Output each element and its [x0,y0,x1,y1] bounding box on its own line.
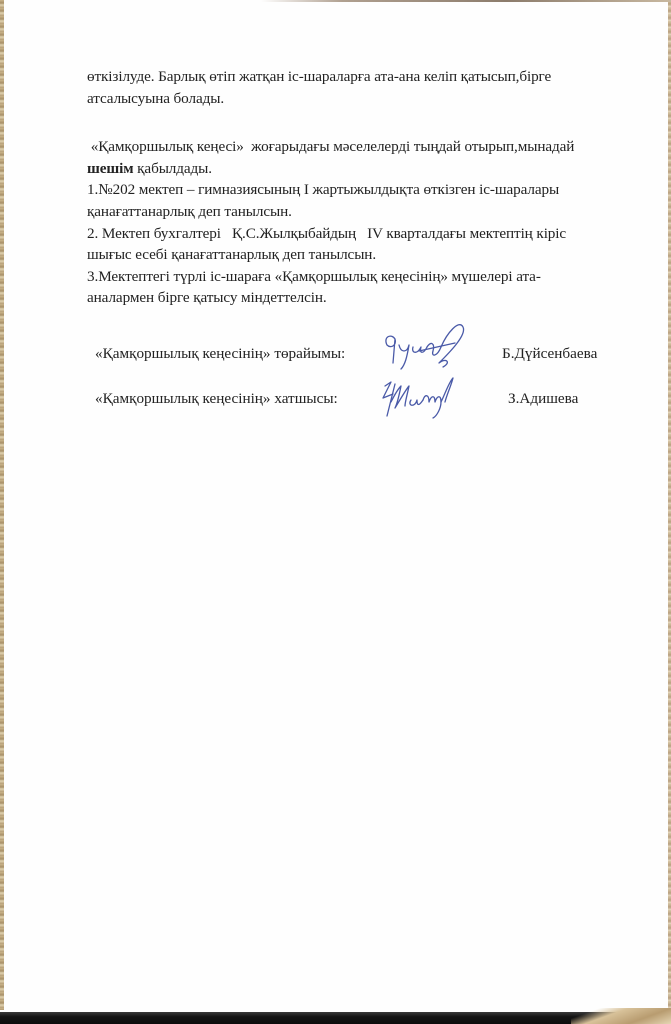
document-page: өткізілуде. Барлық өтіп жатқан іс-шарала… [0,0,671,1024]
signature-row-secretary: «Қамқоршылық кеңесінің» хатшысы: З.Адише… [95,380,635,420]
decision-item-1: 1.№202 мектеп – гимназиясының І жартыжыл… [87,179,635,222]
text-line: аналармен бірге қатысу міндеттелсін. [87,289,327,306]
paragraph-continuation: өткізілуде. Барлық өтіп жатқан іс-шарала… [87,66,635,109]
signatory-name: З.Адишева [508,390,578,408]
paragraph-gap [87,109,635,130]
text-line: 1.№202 мектеп – гимназиясының І жартыжыл… [87,181,559,198]
handwritten-signature-icon [377,372,477,432]
text-line: 3.Мектептегі түрлі іс-шараға «Қамқоршылы… [87,268,541,285]
decision-item-2: 2. Мектеп бухгалтері Қ.С.Жылқыбайдың ІV … [87,223,635,266]
paper-edge-top [260,0,671,2]
signature-role: «Қамқоршылық кеңесінің» хатшысы: [95,390,338,408]
signature-role: «Қамқоршылық кеңесінің» төрайымы: [95,345,345,363]
paper-edge-corner [571,1008,671,1024]
text-line: өткізілуде. Барлық өтіп жатқан іс-шарала… [87,68,551,85]
signature-row-chair: «Қамқоршылық кеңесінің» төрайымы: Б.Дүйс… [95,335,635,375]
signatory-name: Б.Дүйсенбаева [502,345,597,363]
text-line: 2. Мектеп бухгалтері Қ.С.Жылқыбайдың ІV … [87,225,566,242]
decision-intro-rest: қабылдады. [133,160,212,177]
text-line: атсалысуына болады. [87,90,224,107]
document-body: өткізілуде. Барлық өтіп жатқан іс-шарала… [87,66,635,309]
decision-intro-line: «Қамқоршылық кеңесі» жоғарыдағы мәселеле… [87,138,574,155]
decision-item-3: 3.Мектептегі түрлі іс-шараға «Қамқоршылы… [87,266,635,309]
text-line: шығыс есебі қанағаттанарлық деп танылсын… [87,246,376,263]
decision-intro: «Қамқоршылық кеңесі» жоғарыдағы мәселеле… [87,136,635,179]
decision-keyword: шешім [87,160,133,177]
paper-edge-left [0,0,4,1010]
text-line: қанағаттанарлық деп танылсын. [87,203,292,220]
